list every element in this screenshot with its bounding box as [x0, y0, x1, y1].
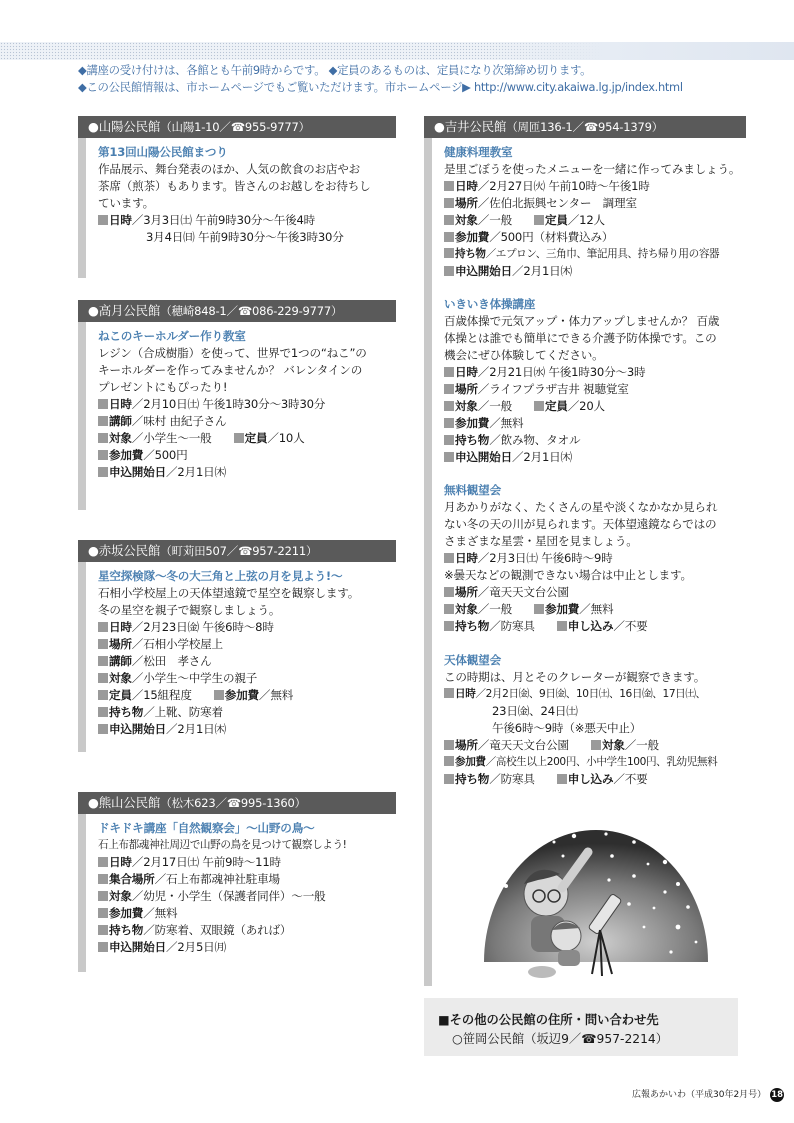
page-footer: 広報あかいわ（平成30年2月号）18 — [632, 1087, 784, 1102]
square-bullet-icon — [534, 604, 544, 614]
square-bullet-icon — [98, 416, 108, 426]
detail-date: 日時／3月3日㈯ 午前9時30分～午後4時 — [98, 212, 398, 229]
center-name: ●赤坂公民館 — [88, 543, 160, 558]
detail-item: 参加費／無料 — [444, 415, 754, 432]
event-akasaka: 星空探検隊～冬の大三角と上弦の月を見よう!～ 石相小学校屋上の天体望遠鏡で星空を… — [98, 568, 403, 738]
detail-item: 場所／竜天天文台公園 — [444, 584, 754, 601]
detail-item: 講師／松田 孝さん — [98, 653, 403, 670]
detail-item: 日時／2月21日㈬ 午後1時30分～3時 — [444, 364, 754, 381]
detail-item: 定員／15組程度参加費／無料 — [98, 687, 403, 704]
center-address: （松木623／☎995-1360） — [160, 796, 306, 810]
center-name: ●山陽公民館 — [88, 119, 160, 134]
event-desc: キーホルダーを作ってみませんか？ バレンタインの — [98, 362, 398, 379]
event-desc: 是里ごぼうを使ったメニューを一緒に作ってみましょう。 — [444, 161, 754, 178]
square-bullet-icon — [444, 367, 454, 377]
square-bullet-icon — [98, 399, 108, 409]
section-header: ●高月公民館（穂崎848-1／☎086-229-9777） — [78, 300, 396, 322]
detail-item: 対象／小学生～一般定員／10人 — [98, 430, 398, 447]
detail-date-3: 午後6時～9時（※悪天中止） — [444, 720, 756, 737]
detail-item: 申込開始日／2月1日㈭ — [444, 449, 754, 466]
section-header: ●熊山公民館（松木623／☎995-1360） — [78, 792, 396, 814]
detail-item: 参加費／高校生以上200円、小中学生100円、乳幼児無料 — [444, 754, 756, 771]
square-bullet-icon — [444, 740, 454, 750]
event-astronomy-viewing: 天体観望会 この時期は、月とそのクレーターが観察できます。 日時／2月2日㈮、9… — [444, 652, 756, 788]
detail-item: 場所／竜天天文台公園対象／一般 — [444, 737, 756, 754]
square-bullet-icon — [444, 248, 454, 258]
square-bullet-icon — [98, 673, 108, 683]
event-desc: 作品展示、舞台発表のほか、人気の飲食のお店やお — [98, 161, 398, 178]
detail-date-2: 23日㈮、24日㈯ — [444, 703, 756, 720]
event-desc: プレゼントにもぴったり! — [98, 379, 398, 396]
square-bullet-icon — [444, 215, 454, 225]
event-desc: 茶席（煎茶）もあります。皆さんのお越しをお待ちし — [98, 178, 398, 195]
square-bullet-icon — [444, 232, 454, 242]
square-bullet-icon — [98, 450, 108, 460]
detail-item: 講師／味村 由紀子さん — [98, 413, 398, 430]
detail-item: 参加費／500円（材料費込み） — [444, 229, 754, 246]
square-bullet-icon — [98, 467, 108, 477]
detail-date-2: 3月4日㈰ 午前9時30分～午後3時30分 — [98, 229, 398, 246]
square-bullet-icon — [98, 622, 108, 632]
detail-item: 申込開始日／2月1日㈭ — [98, 721, 403, 738]
square-bullet-icon — [98, 891, 108, 901]
event-title: 星空探検隊～冬の大三角と上弦の月を見よう!～ — [98, 568, 403, 585]
detail-item: 場所／ライフプラザ吉井 視聴覚室 — [444, 381, 754, 398]
event-exercise-class: いきいき体操講座 百歳体操で元気アップ・体力アップしませんか？ 百歳 体操とは誰… — [444, 296, 754, 466]
detail-item: 日時／2月27日㈫ 午前10時～午後1時 — [444, 178, 754, 195]
detail-item: 場所／石相小学校屋上 — [98, 636, 403, 653]
event-kumayama: ドキドキ講座「自然観察会」～山野の鳥～ 石上布都魂神社周辺で山野の鳥を見つけて観… — [98, 820, 403, 956]
other-centers-heading: ■その他の公民館の住所・問い合わせ先 — [438, 1010, 659, 1028]
detail-item: 日時／2月17日㈯ 午前9時～11時 — [98, 854, 403, 871]
square-bullet-icon — [534, 215, 544, 225]
event-desc: ない冬の天の川が見られます。天体望遠鏡ならではの — [444, 516, 754, 533]
square-bullet-icon — [214, 690, 224, 700]
detail-item: 対象／一般参加費／無料 — [444, 601, 754, 618]
square-bullet-icon — [98, 433, 108, 443]
detail-item: 持ち物／防寒着、双眼鏡（あれば） — [98, 922, 403, 939]
page-number: 18 — [770, 1088, 784, 1102]
center-address: （穂崎848-1／☎086-229-9777） — [160, 304, 342, 318]
center-name: ●熊山公民館 — [88, 795, 160, 810]
square-bullet-icon — [557, 621, 567, 631]
detail-item: 対象／一般定員／20人 — [444, 398, 754, 415]
event-title: ドキドキ講座「自然観察会」～山野の鳥～ — [98, 820, 403, 837]
detail-item: 日時／2月3日㈯ 午後6時～9時 — [444, 550, 754, 567]
square-bullet-icon — [591, 740, 601, 750]
event-desc: さまざまな星雲・星団を見ましょう。 — [444, 533, 754, 550]
detail-item: 申込開始日／2月1日㈭ — [98, 464, 398, 481]
detail-item: 集合場所／石上布都魂神社駐車場 — [98, 871, 403, 888]
square-bullet-icon — [444, 181, 454, 191]
center-name: ●吉井公民館 — [434, 119, 506, 134]
other-center-item: ○笹岡公民館（坂辺9／☎957-2214） — [452, 1029, 668, 1047]
square-bullet-icon — [444, 553, 454, 563]
telescope-family-icon — [476, 812, 716, 982]
square-bullet-icon — [444, 452, 454, 462]
center-address: （町苅田507／☎957-2211） — [160, 544, 317, 558]
square-bullet-icon — [557, 774, 567, 784]
event-title: 第13回山陽公民館まつり — [98, 144, 398, 161]
square-bullet-icon — [98, 908, 108, 918]
square-bullet-icon — [444, 774, 454, 784]
square-bullet-icon — [234, 433, 244, 443]
detail-item: 持ち物／上靴、防寒着 — [98, 704, 403, 721]
section-kumayama: ●熊山公民館（松木623／☎995-1360） ドキドキ講座「自然観察会」～山野… — [78, 792, 396, 972]
detail-item: 対象／一般定員／12人 — [444, 212, 754, 229]
center-address: （山陽1-10／☎955-9777） — [160, 120, 310, 134]
decorative-top-band — [0, 42, 794, 60]
square-bullet-icon — [444, 587, 454, 597]
detail-item: 場所／佐伯北振興センター 調理室 — [444, 195, 754, 212]
section-header: ●吉井公民館（周匝136-1／☎954-1379） — [424, 116, 746, 138]
square-bullet-icon — [444, 756, 454, 766]
event-desc: この時期は、月とそのクレーターが観察できます。 — [444, 669, 756, 686]
event-title: 無料観望会 — [444, 482, 754, 499]
detail-item: 参加費／無料 — [98, 905, 403, 922]
square-bullet-icon — [444, 198, 454, 208]
section-akasaka: ●赤坂公民館（町苅田507／☎957-2211） 星空探検隊～冬の大三角と上弦の… — [78, 540, 396, 752]
detail-date: 日時／2月2日㈮、9日㈮、10日㈯、16日㈮、17日㈯、 — [444, 686, 756, 703]
center-name: ●高月公民館 — [88, 303, 160, 318]
event-desc: 体操とは誰でも簡単にできる介護予防体操です。この — [444, 330, 754, 347]
detail-item: 日時／2月10日㈯ 午後1時30分～3時30分 — [98, 396, 398, 413]
event-title: いきいき体操講座 — [444, 296, 754, 313]
detail-item: 申込開始日／2月5日㈪ — [98, 939, 403, 956]
section-header: ●山陽公民館（山陽1-10／☎955-9777） — [78, 116, 396, 138]
square-bullet-icon — [98, 690, 108, 700]
section-sanyo: ●山陽公民館（山陽1-10／☎955-9777） 第13回山陽公民館まつり 作品… — [78, 116, 396, 278]
stargazing-illustration — [476, 812, 716, 982]
detail-item: 持ち物／エプロン、三角巾、筆記用具、持ち帰り用の容器 — [444, 246, 754, 263]
publication-name: 広報あかいわ（平成30年2月号） — [632, 1090, 766, 1100]
other-centers-box: ■その他の公民館の住所・問い合わせ先 ○笹岡公民館（坂辺9／☎957-2214） — [424, 998, 738, 1056]
square-bullet-icon — [98, 639, 108, 649]
event-desc: ています。 — [98, 195, 398, 212]
event-desc: 石相小学校屋上の天体望遠鏡で星空を観察します。 — [98, 585, 403, 602]
square-bullet-icon — [444, 435, 454, 445]
square-bullet-icon — [98, 724, 108, 734]
square-bullet-icon — [98, 707, 108, 717]
detail-item: 持ち物／防寒具申し込み／不要 — [444, 771, 756, 788]
square-bullet-icon — [444, 384, 454, 394]
event-desc: 冬の星空を親子で観察しましょう。 — [98, 602, 403, 619]
square-bullet-icon — [98, 215, 108, 225]
square-bullet-icon — [444, 418, 454, 428]
center-address: （周匝136-1／☎954-1379） — [506, 120, 663, 134]
square-bullet-icon — [444, 266, 454, 276]
detail-item: 参加費／500円 — [98, 447, 398, 464]
event-desc: レジン（合成樹脂）を使って、世界で1つの“ねこ”の — [98, 345, 398, 362]
event-free-stargazing: 無料観望会 月あかりがなく、たくさんの星や淡くなかなか見られ ない冬の天の川が見… — [444, 482, 754, 635]
event-desc: 百歳体操で元気アップ・体力アップしませんか？ 百歳 — [444, 313, 754, 330]
event-desc: 月あかりがなく、たくさんの星や淡くなかなか見られ — [444, 499, 754, 516]
section-header: ●赤坂公民館（町苅田507／☎957-2211） — [78, 540, 396, 562]
event-takatsuki: ねこのキーホルダー作り教室 レジン（合成樹脂）を使って、世界で1つの“ねこ”の … — [98, 328, 398, 481]
event-cooking-class: 健康料理教室 是里ごぼうを使ったメニューを一緒に作ってみましょう。 日時／2月2… — [444, 144, 754, 280]
detail-item: 日時／2月23日㈮ 午後6時～8時 — [98, 619, 403, 636]
event-desc: 機会にぜひ体験してください。 — [444, 347, 754, 364]
event-title: 健康料理教室 — [444, 144, 754, 161]
event-sanyo-festival: 第13回山陽公民館まつり 作品展示、舞台発表のほか、人気の飲食のお店やお 茶席（… — [98, 144, 398, 246]
notice-line-1: ◆講座の受け付けは、各館とも午前9時からです。 ◆定員のあるものは、定員になり次… — [78, 62, 683, 79]
event-title: 天体観望会 — [444, 652, 756, 669]
notice-block: ◆講座の受け付けは、各館とも午前9時からです。 ◆定員のあるものは、定員になり次… — [78, 62, 683, 95]
square-bullet-icon — [98, 857, 108, 867]
detail-item: 対象／幼児・小学生（保護者同伴）～一般 — [98, 888, 403, 905]
square-bullet-icon — [444, 688, 454, 698]
event-title: ねこのキーホルダー作り教室 — [98, 328, 398, 345]
event-desc: 石上布都魂神社周辺で山野の鳥を見つけて観察しよう! — [98, 837, 403, 854]
detail-item: 持ち物／飲み物、タオル — [444, 432, 754, 449]
square-bullet-icon — [534, 401, 544, 411]
detail-item: 対象／小学生～中学生の親子 — [98, 670, 403, 687]
square-bullet-icon — [98, 925, 108, 935]
section-takatsuki: ●高月公民館（穂崎848-1／☎086-229-9777） ねこのキーホルダー作… — [78, 300, 396, 510]
square-bullet-icon — [98, 874, 108, 884]
detail-item: 持ち物／防寒具申し込み／不要 — [444, 618, 754, 635]
square-bullet-icon — [444, 401, 454, 411]
square-bullet-icon — [444, 604, 454, 614]
detail-item: 申込開始日／2月1日㈭ — [444, 263, 754, 280]
square-bullet-icon — [98, 656, 108, 666]
event-note: ※曇天などの観測できない場合は中止とします。 — [444, 567, 754, 584]
notice-line-2[interactable]: ◆この公民館情報は、市ホームページでもご覧いただけます。市ホームページ▶ htt… — [78, 79, 683, 96]
square-bullet-icon — [98, 942, 108, 952]
square-bullet-icon — [444, 621, 454, 631]
